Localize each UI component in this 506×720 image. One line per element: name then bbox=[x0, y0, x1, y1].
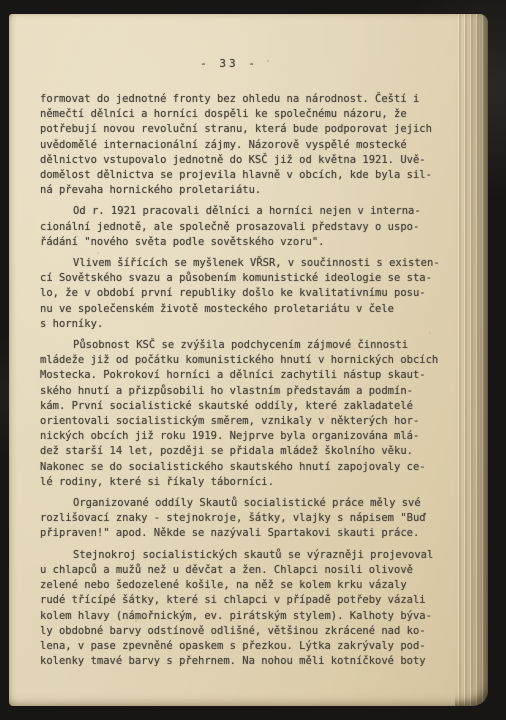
page-edge-stack bbox=[455, 14, 488, 706]
paper-speck-texture bbox=[9, 14, 11, 16]
paragraph: Organizované oddíly Skautů socialistické… bbox=[40, 496, 454, 542]
page-number: - 33 - bbox=[37, 57, 421, 70]
paragraph: Působnost KSČ se zvýšila podchycením záj… bbox=[40, 338, 454, 490]
paragraph: Od r. 1921 pracovali dělníci a horníci n… bbox=[40, 204, 454, 250]
paragraph: formovat do jednotné fronty bez ohledu n… bbox=[40, 92, 454, 198]
paragraph: Vlivem šířících se myšlenek VŘSR, v souč… bbox=[40, 256, 454, 332]
paragraph: Stejnokroj socialistických skautů se výr… bbox=[40, 548, 454, 670]
book-page: - 33 - formovat do jednotné fronty bez o… bbox=[9, 14, 488, 706]
text-body: formovat do jednotné fronty bez ohledu n… bbox=[40, 92, 454, 675]
scanned-book-photo: - 33 - formovat do jednotné fronty bez o… bbox=[0, 0, 506, 720]
